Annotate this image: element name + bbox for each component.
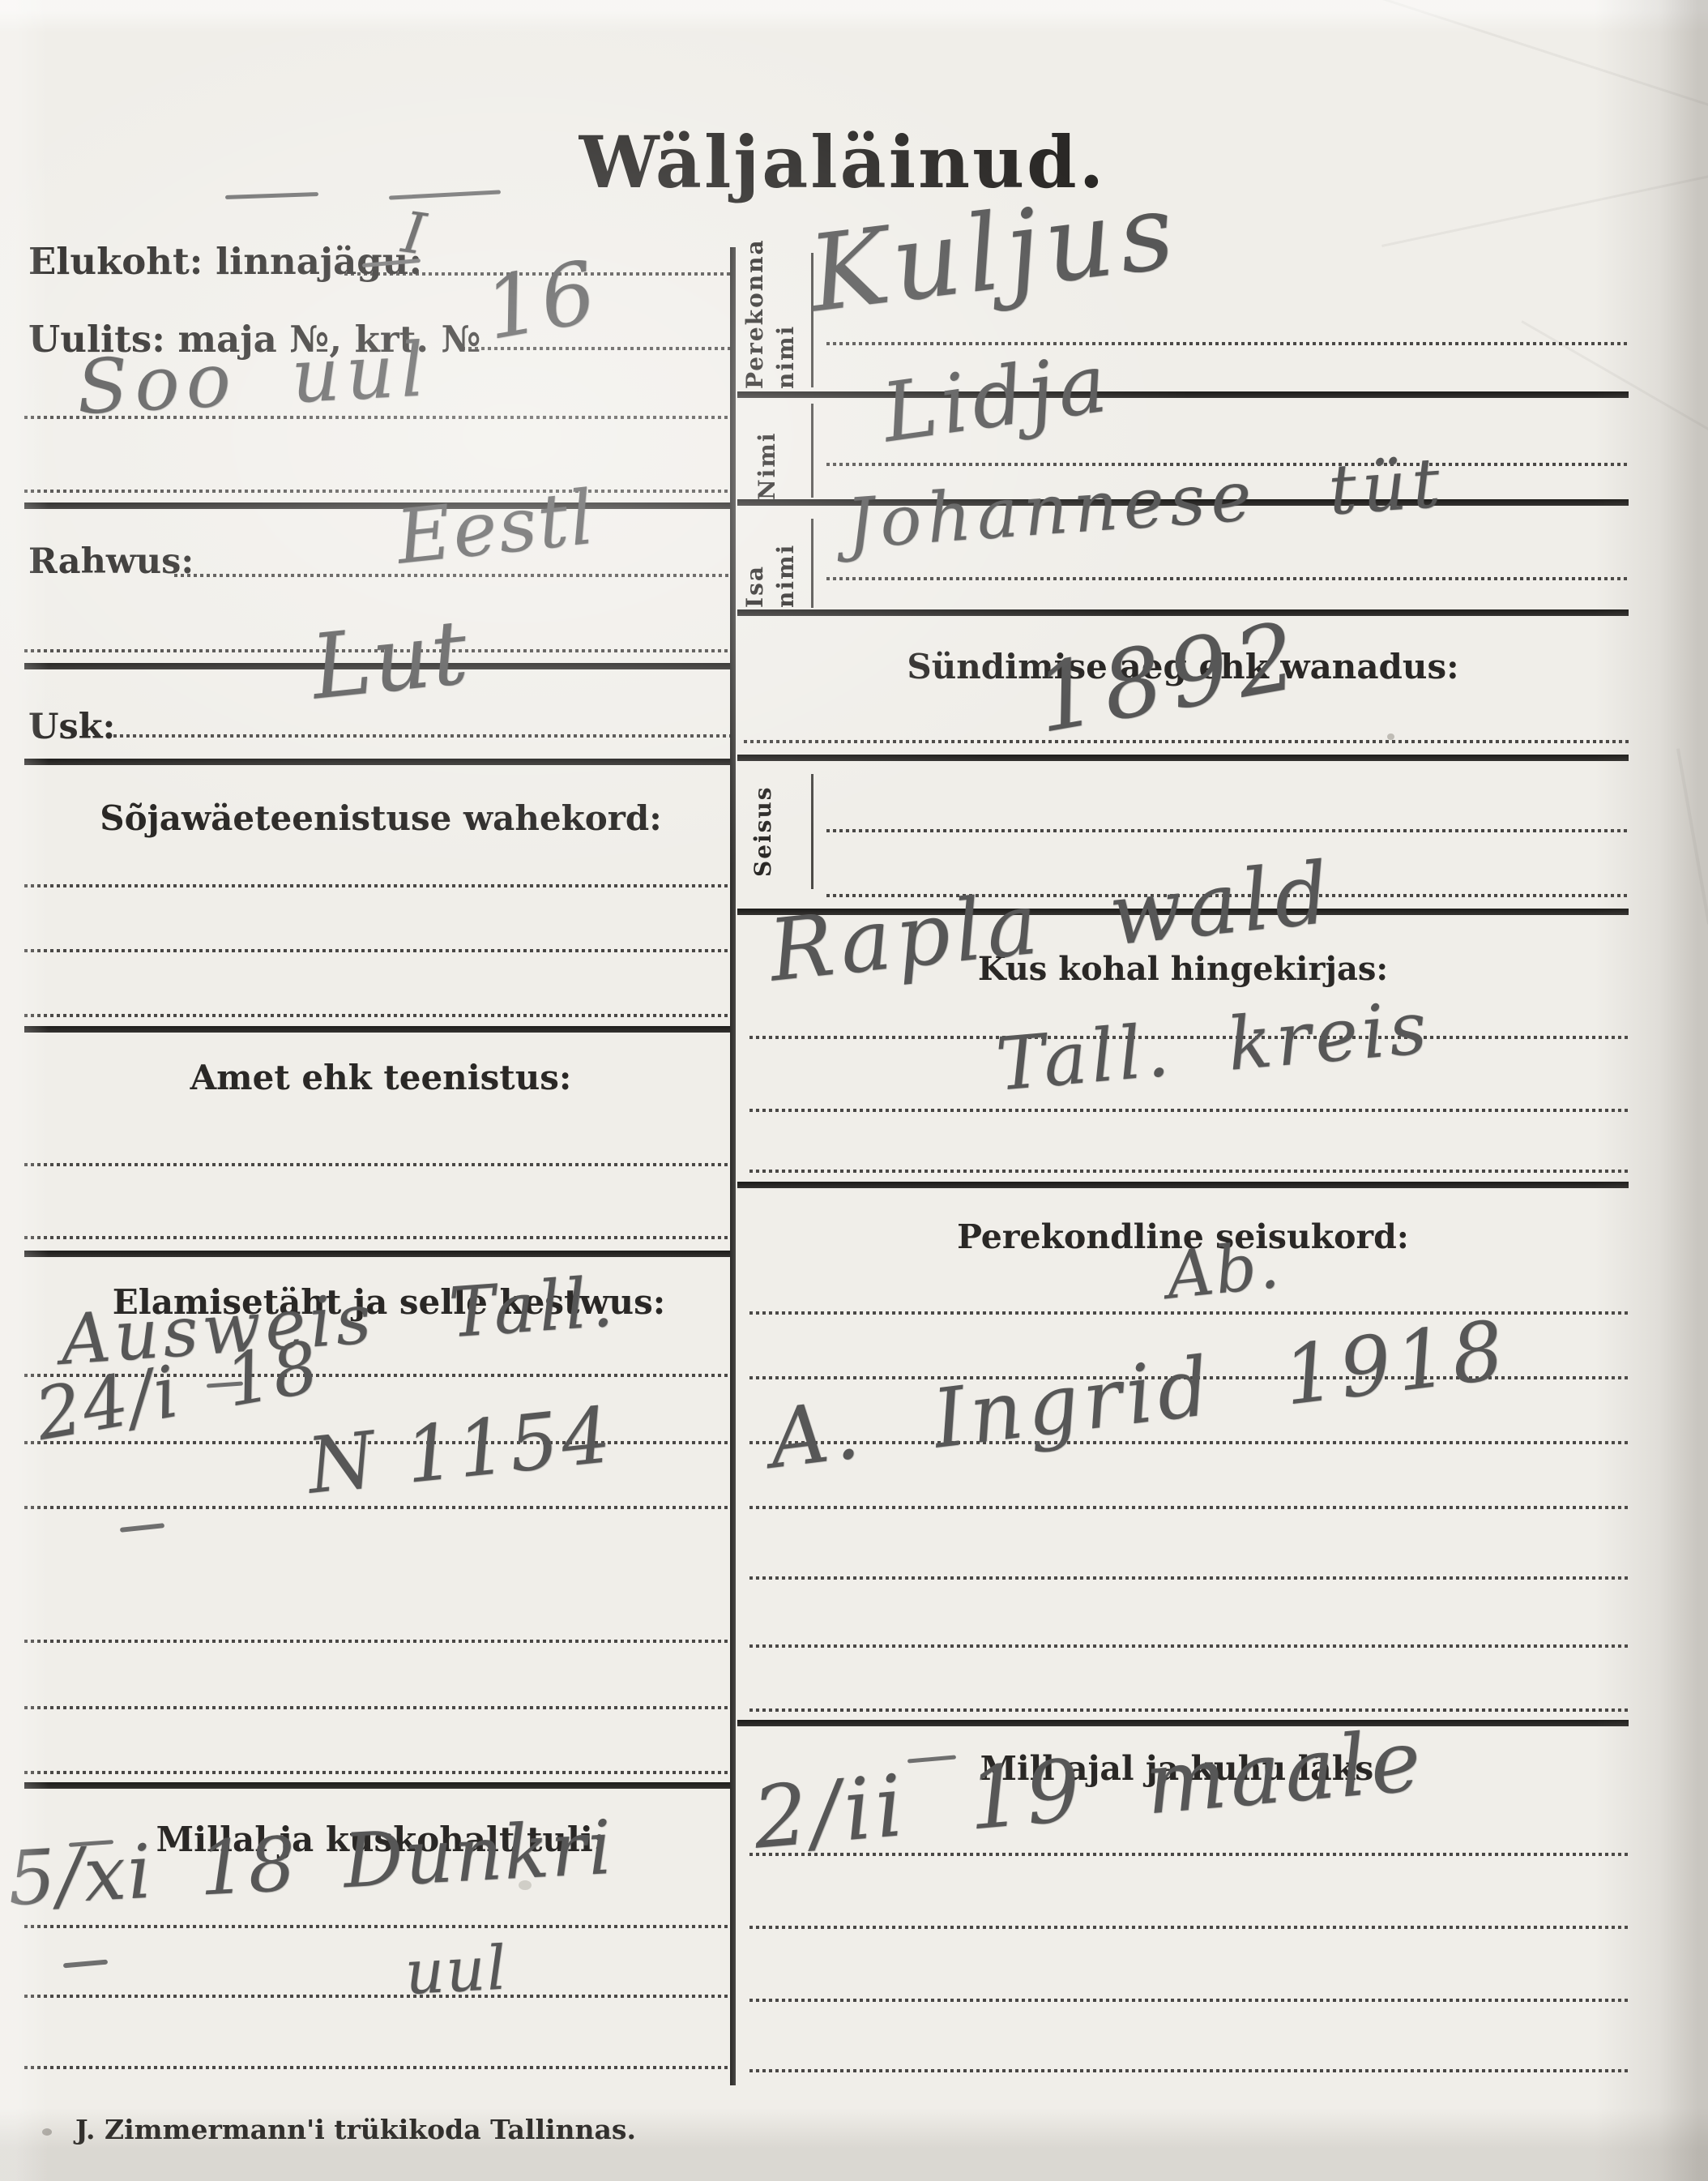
occupation-heading: Amet ehk teenistus:	[32, 1058, 729, 1097]
section-divider	[737, 609, 1629, 616]
family-note-handwritten: A. Ingrid 1918	[764, 1302, 1514, 1487]
dotted-line	[749, 1109, 1629, 1112]
status-vertical-label: Seisus	[749, 780, 777, 877]
printer-imprint: J. Zimmermann'i trükikoda Tallinnas.	[75, 2114, 636, 2145]
dotted-line	[24, 1640, 732, 1643]
dotted-line	[826, 829, 1629, 832]
birth-date-handwritten: 1892	[1027, 601, 1312, 755]
paper-speck	[519, 1880, 532, 1890]
departure-handwritten: 2/ii 19 maale	[749, 1711, 1429, 1868]
pen-stroke	[120, 1523, 164, 1533]
surname-vertical-label: Perekonnanimi	[741, 253, 800, 389]
pen-stroke	[389, 190, 501, 199]
paper-crease	[1381, 160, 1708, 247]
pen-stroke	[225, 192, 318, 199]
dotted-line	[749, 1576, 1629, 1580]
paper-crease	[1676, 748, 1708, 924]
dotted-line	[24, 1236, 732, 1239]
family-status-handwritten: Ab.	[1163, 1227, 1283, 1314]
military-service-heading: Sõjawäeteenistuse wahekord:	[32, 798, 729, 838]
dotted-line	[24, 1771, 732, 1774]
section-divider	[24, 502, 733, 509]
section-divider	[24, 759, 733, 765]
section-divider	[737, 755, 1629, 761]
dotted-line	[744, 740, 1629, 743]
dotted-line	[749, 1170, 1629, 1173]
dotted-line	[24, 416, 732, 419]
residence-value-handwritten: I	[398, 199, 431, 267]
dotted-line	[24, 490, 732, 493]
dotted-line	[24, 1506, 732, 1509]
label-bracket	[811, 519, 813, 608]
dotted-line	[749, 1853, 1629, 1856]
street-number-handwritten: 16	[477, 242, 604, 359]
paper-crease	[1521, 320, 1708, 493]
residence-label: Elukoht: linnajägu:	[28, 240, 422, 283]
paper-speck	[1387, 733, 1394, 740]
pen-stroke	[63, 1960, 108, 1969]
dotted-line	[24, 1995, 732, 1998]
religion-value-handwritten: Lut	[306, 600, 473, 720]
dotted-line	[749, 1644, 1629, 1648]
registry-line2-handwritten: Tall. kreis	[993, 985, 1433, 1107]
dotted-line	[24, 949, 732, 952]
religion-label: Usk:	[28, 707, 115, 747]
dotted-line	[24, 884, 732, 887]
label-bracket	[811, 404, 813, 498]
section-divider	[737, 1720, 1629, 1726]
section-divider	[737, 1182, 1629, 1188]
father-name-vertical-label: Isanimi	[741, 524, 800, 608]
center-vertical-divider	[730, 247, 736, 2085]
footer-bullet	[42, 2128, 52, 2136]
section-divider	[24, 1026, 733, 1033]
dotted-line	[24, 1925, 732, 1928]
dotted-line	[749, 1926, 1629, 1929]
firstname-handwritten: Lidja	[877, 335, 1117, 460]
registration-card: Wäljaläinud. Elukoht: linnajägu: I Uulit…	[0, 0, 1708, 2181]
permit-line3-handwritten: N 1154	[303, 1391, 618, 1512]
label-bracket	[811, 774, 813, 889]
dotted-line	[749, 1506, 1629, 1509]
dotted-line	[24, 1163, 732, 1166]
dotted-line	[749, 2069, 1629, 2072]
dotted-line	[24, 1014, 732, 1017]
section-divider	[24, 1251, 733, 1257]
father-name-handwritten: Johannese tüt	[844, 443, 1449, 564]
dotted-line	[113, 734, 732, 738]
nationality-label: Rahwus:	[28, 541, 194, 582]
dotted-line	[24, 2066, 732, 2069]
dotted-line	[826, 577, 1629, 580]
dotted-line	[24, 1706, 732, 1709]
dotted-line	[826, 342, 1629, 345]
section-divider	[24, 1782, 733, 1789]
firstname-vertical-label: Nimi	[754, 409, 781, 500]
dotted-line	[749, 1708, 1629, 1712]
dotted-line	[749, 1999, 1629, 2002]
section-divider	[737, 391, 1629, 398]
paper-crease	[1308, 0, 1708, 126]
